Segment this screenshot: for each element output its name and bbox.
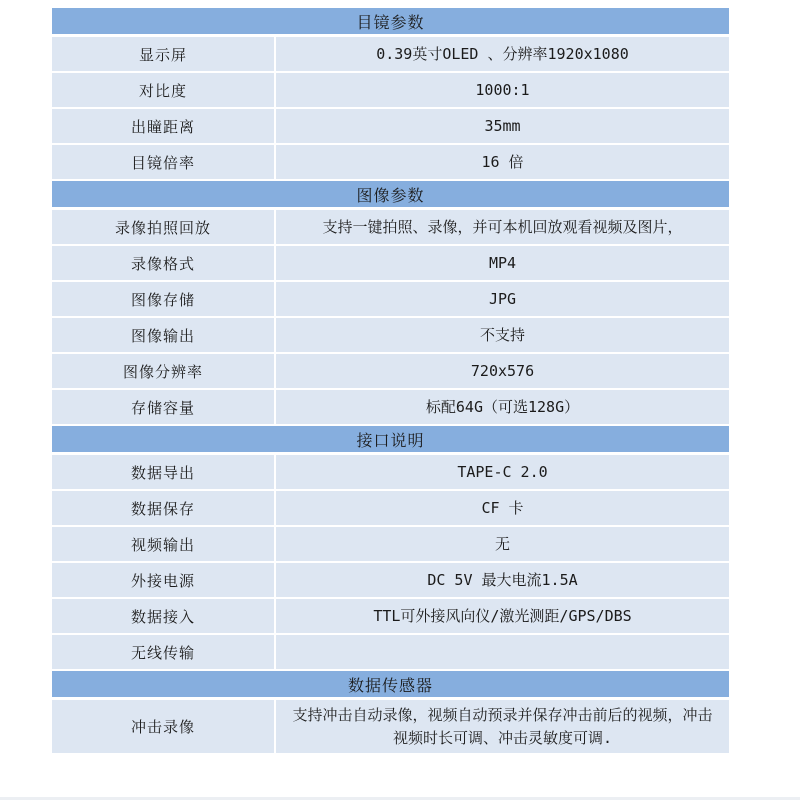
spec-row: 数据接入TTL可外接风向仪/激光测距/GPS/DBS xyxy=(52,599,729,635)
spec-value-cell: 支持一键拍照、录像，并可本机回放观看视频及图片， xyxy=(276,210,729,244)
spec-row: 数据保存CF 卡 xyxy=(52,491,729,527)
spec-row: 图像存储JPG xyxy=(52,282,729,318)
spec-value-cell: 无 xyxy=(276,527,729,561)
spec-label-cell: 录像拍照回放 xyxy=(52,210,276,244)
spec-label-cell: 图像存储 xyxy=(52,282,276,316)
spec-value-cell: CF 卡 xyxy=(276,491,729,525)
spec-label-cell: 目镜倍率 xyxy=(52,145,276,179)
spec-value-cell: TAPE-C 2.0 xyxy=(276,455,729,489)
spec-row: 存储容量标配64G（可选128G） xyxy=(52,390,729,426)
spec-label-cell: 数据接入 xyxy=(52,599,276,633)
spec-label-cell: 外接电源 xyxy=(52,563,276,597)
spec-value-cell: 标配64G（可选128G） xyxy=(276,390,729,424)
spec-row: 数据导出TAPE-C 2.0 xyxy=(52,455,729,491)
spec-value-cell: DC 5V 最大电流1.5A xyxy=(276,563,729,597)
spec-value-cell: MP4 xyxy=(276,246,729,280)
spec-row: 无线传输 xyxy=(52,635,729,671)
spec-value-cell: 支持冲击自动录像，视频自动预录并保存冲击前后的视频，冲击视频时长可调、冲击灵敏度… xyxy=(276,700,729,753)
spec-value-cell xyxy=(276,635,729,669)
spec-label-cell: 存储容量 xyxy=(52,390,276,424)
spec-value-cell: 720x576 xyxy=(276,354,729,388)
spec-value-cell: 0.39英寸OLED 、分辨率1920x1080 xyxy=(276,37,729,71)
spec-label-cell: 无线传输 xyxy=(52,635,276,669)
spec-row: 图像输出不支持 xyxy=(52,318,729,354)
spec-row: 对比度1000:1 xyxy=(52,73,729,109)
spec-value-cell: TTL可外接风向仪/激光测距/GPS/DBS xyxy=(276,599,729,633)
spec-row: 出瞳距离35mm xyxy=(52,109,729,145)
spec-row: 外接电源DC 5V 最大电流1.5A xyxy=(52,563,729,599)
section-header: 接口说明 xyxy=(52,426,729,455)
spec-row: 目镜倍率16 倍 xyxy=(52,145,729,181)
section-header: 图像参数 xyxy=(52,181,729,210)
spec-value-cell: JPG xyxy=(276,282,729,316)
spec-value-cell: 不支持 xyxy=(276,318,729,352)
spec-label-cell: 对比度 xyxy=(52,73,276,107)
spec-label-cell: 显示屏 xyxy=(52,37,276,71)
spec-label-cell: 录像格式 xyxy=(52,246,276,280)
spec-label-cell: 冲击录像 xyxy=(52,700,276,753)
spec-row: 显示屏0.39英寸OLED 、分辨率1920x1080 xyxy=(52,37,729,73)
section-header: 数据传感器 xyxy=(52,671,729,700)
spec-label-cell: 数据导出 xyxy=(52,455,276,489)
spec-value-cell: 16 倍 xyxy=(276,145,729,179)
spec-label-cell: 出瞳距离 xyxy=(52,109,276,143)
product-spec-table: 目镜参数显示屏0.39英寸OLED 、分辨率1920x1080对比度1000:1… xyxy=(52,8,729,755)
spec-value-cell: 35mm xyxy=(276,109,729,143)
spec-row: 录像拍照回放支持一键拍照、录像，并可本机回放观看视频及图片， xyxy=(52,210,729,246)
spec-value-cell: 1000:1 xyxy=(276,73,729,107)
spec-label-cell: 图像输出 xyxy=(52,318,276,352)
spec-label-cell: 数据保存 xyxy=(52,491,276,525)
spec-row: 图像分辨率720x576 xyxy=(52,354,729,390)
section-header: 目镜参数 xyxy=(52,8,729,37)
spec-row: 冲击录像支持冲击自动录像，视频自动预录并保存冲击前后的视频，冲击视频时长可调、冲… xyxy=(52,700,729,755)
spec-label-cell: 视频输出 xyxy=(52,527,276,561)
spec-label-cell: 图像分辨率 xyxy=(52,354,276,388)
spec-row: 视频输出无 xyxy=(52,527,729,563)
spec-row: 录像格式MP4 xyxy=(52,246,729,282)
